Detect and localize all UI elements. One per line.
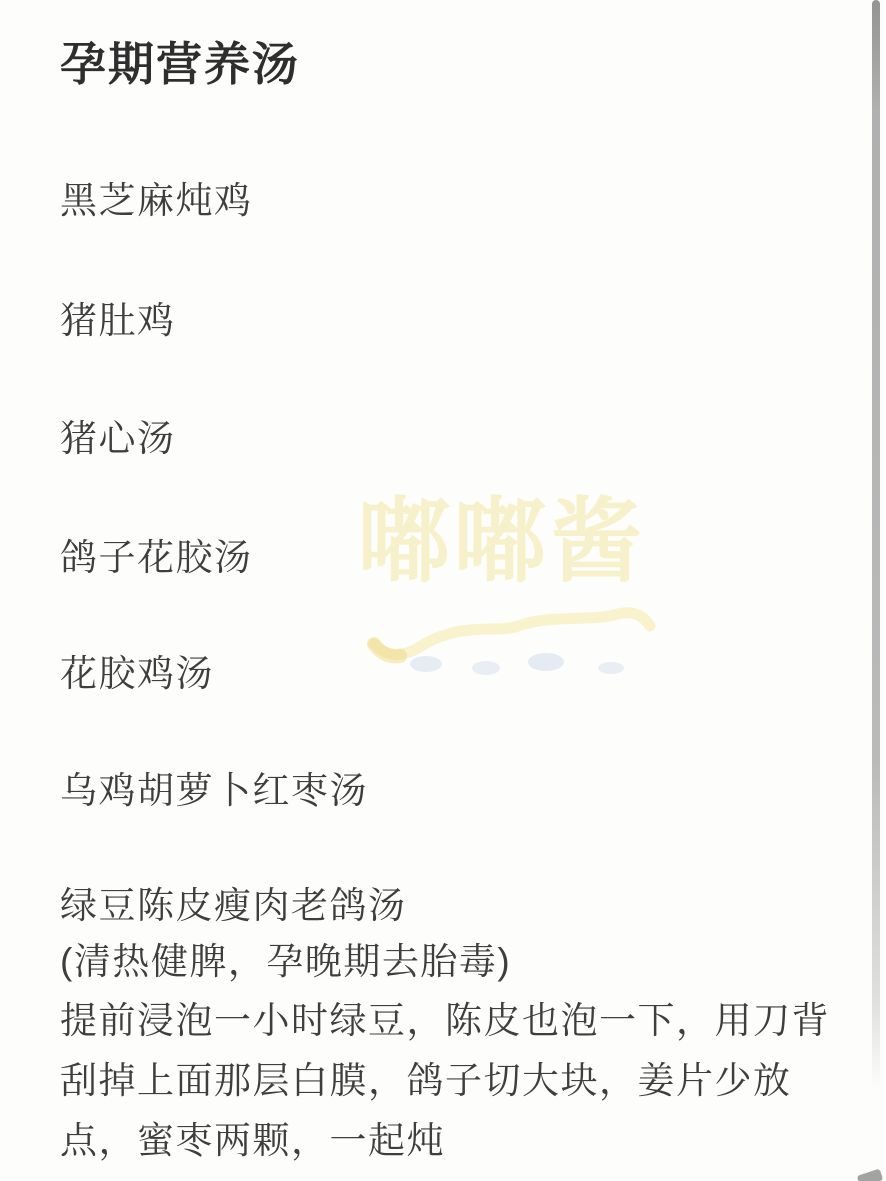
soup-list-item: 猪肚鸡	[60, 290, 176, 344]
recipe-name: 绿豆陈皮瘦肉老鸽汤	[60, 875, 407, 929]
soup-list-item: 黑芝麻炖鸡	[60, 170, 253, 224]
instruction-line: 刮掉上面那层白膜，鸽子切大块，姜片少放	[60, 1051, 830, 1111]
right-edge-scan-artifact	[872, 0, 880, 1090]
recipe-instructions: 提前浸泡一小时绿豆，陈皮也泡一下，用刀背 刮掉上面那层白膜，鸽子切大块，姜片少放…	[60, 991, 830, 1171]
bottom-corner-scan-artifact	[857, 1169, 884, 1181]
soup-list-item: 鸽子花胶汤	[60, 527, 253, 581]
watermark: 嘟嘟酱	[358, 496, 668, 686]
soup-list-item: 乌鸡胡萝卜红枣汤	[60, 760, 368, 814]
soup-list-item: 猪心汤	[60, 408, 176, 462]
instruction-line: 提前浸泡一小时绿豆，陈皮也泡一下，用刀背	[60, 991, 830, 1051]
soup-list-item: 花胶鸡汤	[60, 643, 214, 697]
recipe-note: (清热健脾，孕晚期去胎毒)	[60, 931, 511, 985]
watermark-swoosh-icon	[366, 592, 656, 682]
watermark-text: 嘟嘟酱	[358, 496, 668, 588]
page-title: 孕期营养汤	[60, 28, 300, 94]
note-page: 孕期营养汤 黑芝麻炖鸡 猪肚鸡 猪心汤 鸽子花胶汤 花胶鸡汤 乌鸡胡萝卜红枣汤 …	[0, 0, 886, 1181]
instruction-line: 点，蜜枣两颗，一起炖	[60, 1111, 830, 1171]
